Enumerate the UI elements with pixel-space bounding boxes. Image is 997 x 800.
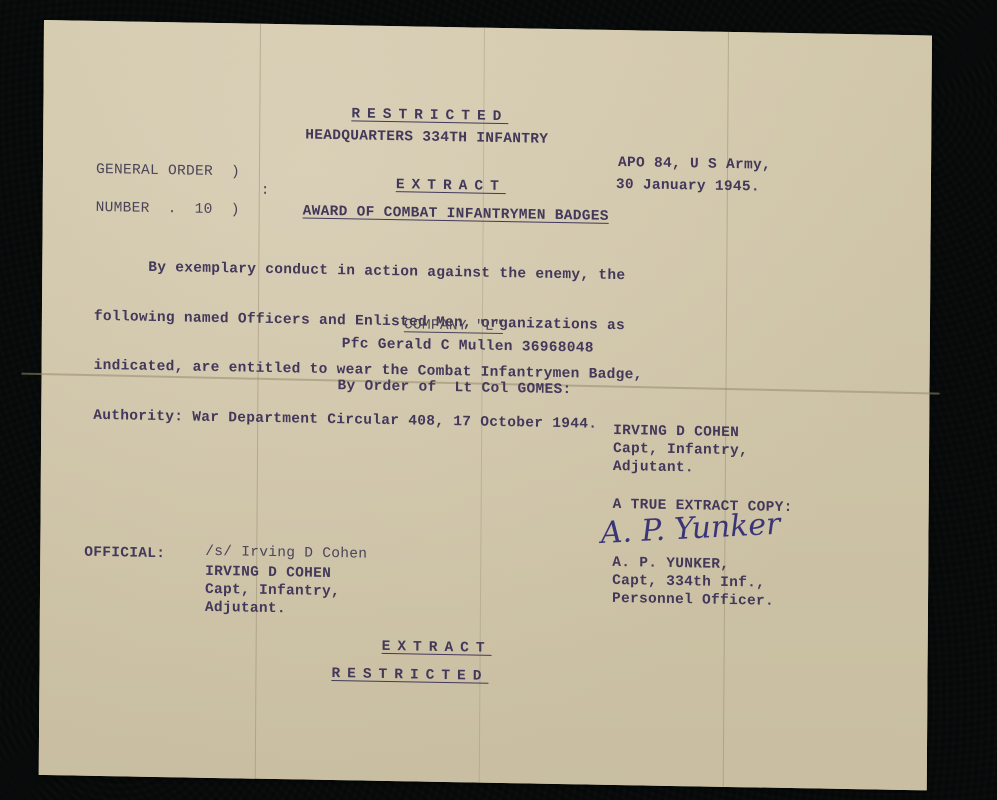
signatory-title: Capt, Infantry, [613, 440, 748, 460]
extract-title: EXTRACT [396, 176, 506, 196]
body-line: Authority: War Department Circular 408, … [93, 407, 642, 433]
body-line: following named Officers and Enlisted Me… [94, 308, 643, 334]
order-colon: : [261, 182, 270, 200]
subject-line: AWARD OF COMBAT INFANTRYMEN BADGES [303, 203, 609, 226]
company-heading: COMPANY "L" [404, 316, 503, 336]
official-role: Adjutant. [205, 599, 286, 618]
date-line: 30 January 1945. [616, 176, 760, 197]
location-line: APO 84, U S Army, [618, 154, 771, 175]
official-label: OFFICIAL: [84, 544, 165, 563]
official-signed: /s/ Irving D Cohen [205, 543, 367, 564]
unit-heading: HEADQUARTERS 334TH INFANTRY [305, 127, 548, 149]
classification-bottom: RESTRICTED [331, 665, 488, 686]
footer-extract: EXTRACT [382, 638, 492, 658]
signatory-role: Adjutant. [613, 458, 694, 477]
official-title: Capt, Infantry, [205, 581, 340, 601]
signatory-name: IRVING D COHEN [613, 422, 739, 442]
body-line: By exemplary conduct in action against t… [94, 259, 643, 285]
order-number: NUMBER . 10 ) [96, 199, 240, 220]
classification-top: RESTRICTED [351, 105, 508, 126]
official-name: IRVING D COHEN [205, 563, 331, 583]
general-order-label: GENERAL ORDER ) [96, 161, 240, 182]
certifier-role: Personnel Officer. [612, 590, 774, 611]
certifier-name: A. P. YUNKER, [612, 554, 729, 574]
document-page: RESTRICTED HEADQUARTERS 334TH INFANTRY A… [39, 20, 932, 790]
fold-line-vertical [723, 32, 729, 787]
